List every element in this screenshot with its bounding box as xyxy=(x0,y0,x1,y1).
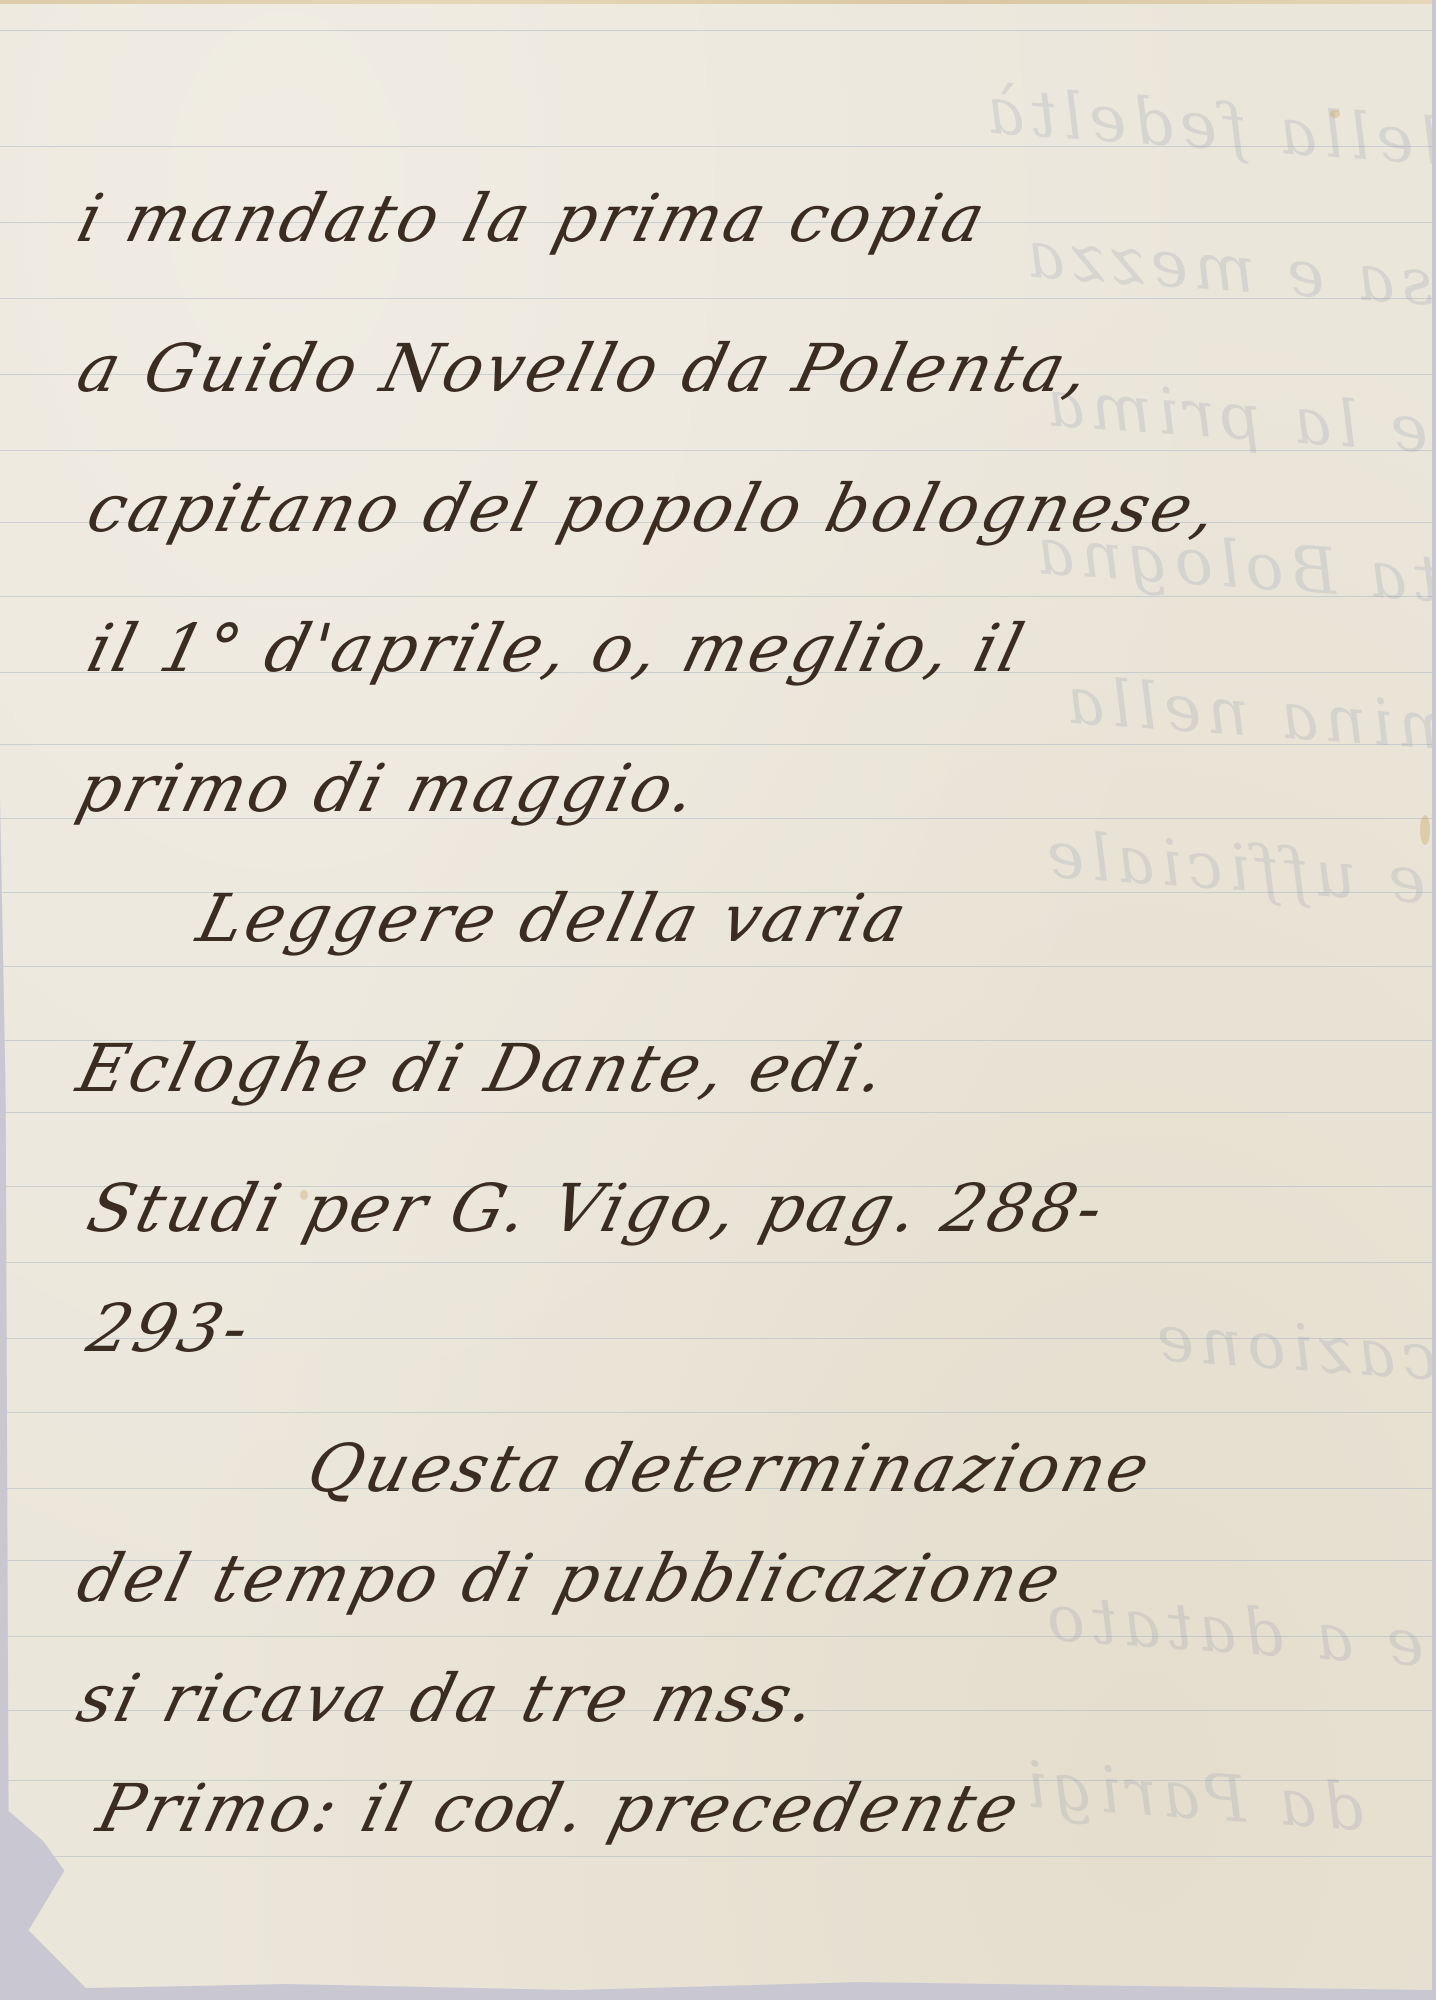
ruled-line xyxy=(0,966,1432,967)
page-top-edge xyxy=(0,0,1432,4)
manuscript-line-2: a Guido Novello da Polenta, xyxy=(70,330,1100,407)
bleed-through-text: da Parigi xyxy=(1018,1748,1367,1846)
bleed-through-text: Pubblicazione xyxy=(1148,1302,1436,1413)
ruled-line xyxy=(0,1856,1432,1857)
ruled-line xyxy=(0,30,1432,31)
manuscript-line-7: Ecloghe di Dante, edi. xyxy=(70,1030,896,1107)
manuscript-line-10: Questa determinazione xyxy=(300,1430,1160,1507)
manuscript-line-3: capitano del popolo bolognese, xyxy=(80,470,1228,547)
manuscript-line-4: il 1° d'aprile, o, meglio, il xyxy=(80,610,1034,687)
manuscript-line-13: Primo: il cod. precedente xyxy=(90,1770,1029,1847)
manuscript-line-8: Studi per G. Vigo, pag. 288- xyxy=(80,1170,1114,1247)
bleed-through-text: Firenze ufficiale xyxy=(1038,818,1436,936)
manuscript-line-11: del tempo di pubblicazione xyxy=(70,1540,1071,1617)
manuscript-line-6: Leggere della varia xyxy=(190,880,917,957)
ruled-line xyxy=(0,1412,1432,1413)
manuscript-page: e fede della fedeltà a cui ora divisa e … xyxy=(0,0,1432,1990)
ruled-line xyxy=(0,1112,1432,1113)
paper-stain xyxy=(1330,110,1340,118)
manuscript-line-5: primo di maggio. xyxy=(70,750,707,827)
bleed-through-text: Dante domina nella xyxy=(1058,664,1436,790)
paper-stain xyxy=(1420,815,1430,845)
manuscript-line-1: i mandato la prima copia xyxy=(70,180,995,257)
bleed-through-text: la tempo che a datato xyxy=(1038,1581,1436,1713)
bleed-through-text: e fede della fedeltà xyxy=(978,74,1436,200)
manuscript-line-12: si ricava da tre mss. xyxy=(70,1660,827,1737)
manuscript-line-9: 293- xyxy=(80,1290,259,1367)
ruled-line xyxy=(0,1262,1432,1263)
